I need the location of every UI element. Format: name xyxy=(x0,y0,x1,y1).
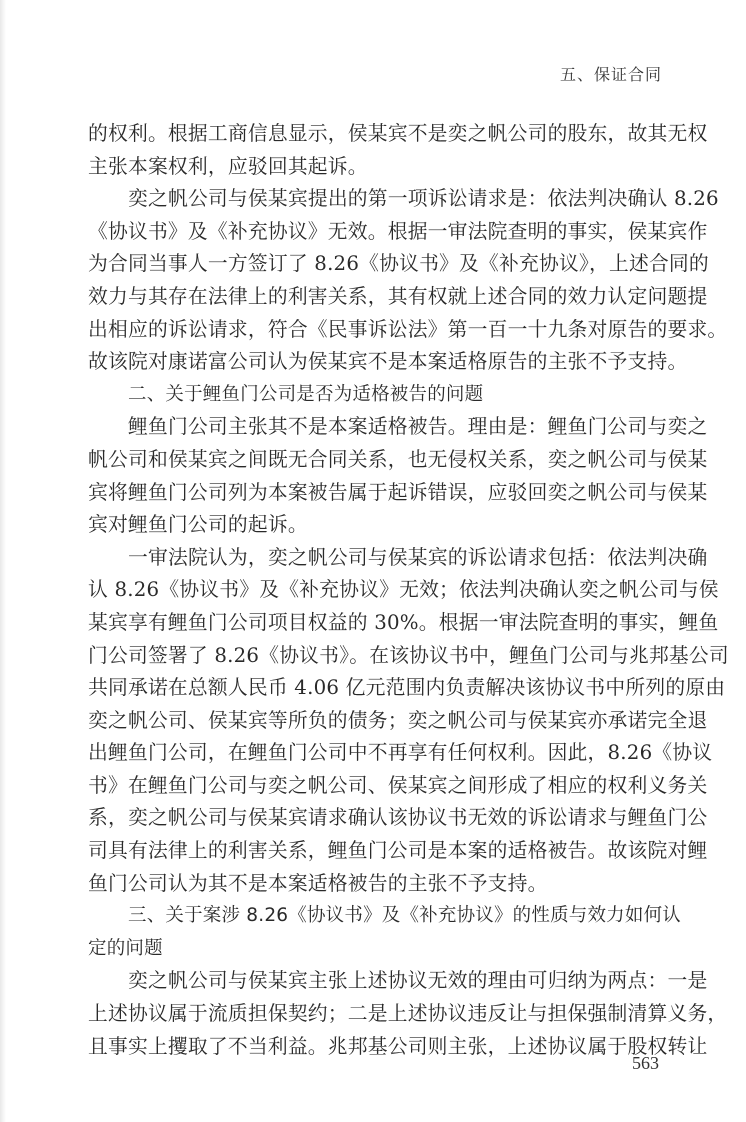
body-text-line: 奕之帆公司与侯某宾提出的第一项诉讼请求是：依法判决确认 8.26 xyxy=(88,183,660,216)
section-heading-line: 定的问题 xyxy=(88,933,660,966)
body-text-line: 书》在鲤鱼门公司与奕之帆公司、侯某宾之间形成了相应的权利义务关 xyxy=(88,770,660,803)
body-text-line: 鲤鱼门公司主张其不是本案适格被告。理由是：鲤鱼门公司与奕之 xyxy=(88,411,660,444)
body-text-line: 出相应的诉讼请求，符合《民事诉讼法》第一百一十九条对原告的要求。 xyxy=(88,314,660,347)
body-text-line: 一审法院认为，奕之帆公司与侯某宾的诉讼请求包括：依法判决确 xyxy=(88,542,660,575)
page-number: 563 xyxy=(632,1053,659,1074)
body-text-line: 司具有法律上的利害关系，鲤鱼门公司是本案的适格被告。故该院对鲤 xyxy=(88,835,660,868)
body-text-line: 故该院对康诺富公司认为侯某宾不是本案适格原告的主张不予支持。 xyxy=(88,346,660,379)
body-text-line: 帆公司和侯某宾之间既无合同关系，也无侵权关系，奕之帆公司与侯某 xyxy=(88,444,660,477)
body-text-line: 且事实上攫取了不当利益。兆邦基公司则主张，上述协议属于股权转让 xyxy=(88,1031,660,1064)
body-text-line: 上述协议属于流质担保契约；二是上述协议违反让与担保强制清算义务， xyxy=(88,998,660,1031)
body-text-line: 共同承诺在总额人民币 4.06 亿元范围内负责解决该协议书中所列的原由 xyxy=(88,672,660,705)
body-text-line: 主张本案权利，应驳回其起诉。 xyxy=(88,151,660,184)
section-heading-line: 二、关于鲤鱼门公司是否为适格被告的问题 xyxy=(88,379,660,412)
body-text-line: 门公司签署了 8.26《协议书》。在该协议书中，鲤鱼门公司与兆邦基公司 xyxy=(88,640,660,673)
body-text-line: 的权利。根据工商信息显示，侯某宾不是奕之帆公司的股东，故其无权 xyxy=(88,118,660,151)
body-text-line: 某宾享有鲤鱼门公司项目权益的 30%。根据一审法院查明的事实，鲤鱼 xyxy=(88,607,660,640)
body-text-line: 《协议书》及《补充协议》无效。根据一审法院查明的事实，侯某宾作 xyxy=(88,216,660,249)
body-text-line: 宾将鲤鱼门公司列为本案被告属于起诉错误，应驳回奕之帆公司与侯某 xyxy=(88,477,660,510)
body-text-line: 宾对鲤鱼门公司的起诉。 xyxy=(88,509,660,542)
running-head: 五、保证合同 xyxy=(560,62,662,85)
body-text-line: 奕之帆公司、侯某宾等所负的债务；奕之帆公司与侯某宾亦承诺完全退 xyxy=(88,705,660,738)
page-binding-edge xyxy=(0,0,6,1122)
body-text-line: 效力与其存在法律上的利害关系，其有权就上述合同的效力认定问题提 xyxy=(88,281,660,314)
body-text-line: 鱼门公司认为其不是本案适格被告的主张不予支持。 xyxy=(88,868,660,901)
page-body: 的权利。根据工商信息显示，侯某宾不是奕之帆公司的股东，故其无权主张本案权利，应驳… xyxy=(88,118,660,1063)
body-text-line: 奕之帆公司与侯某宾主张上述协议无效的理由可归纳为两点：一是 xyxy=(88,965,660,998)
body-text-line: 系，奕之帆公司与侯某宾请求确认该协议书无效的诉讼请求与鲤鱼门公 xyxy=(88,802,660,835)
body-text-line: 为合同当事人一方签订了 8.26《协议书》及《补充协议》，上述合同的 xyxy=(88,248,660,281)
body-text-line: 认 8.26《协议书》及《补充协议》无效；依法判决确认奕之帆公司与侯 xyxy=(88,574,660,607)
body-text-line: 出鲤鱼门公司，在鲤鱼门公司中不再享有任何权利。因此，8.26《协议 xyxy=(88,737,660,770)
section-heading-line: 三、关于案涉 8.26《协议书》及《补充协议》的性质与效力如何认 xyxy=(88,900,660,933)
